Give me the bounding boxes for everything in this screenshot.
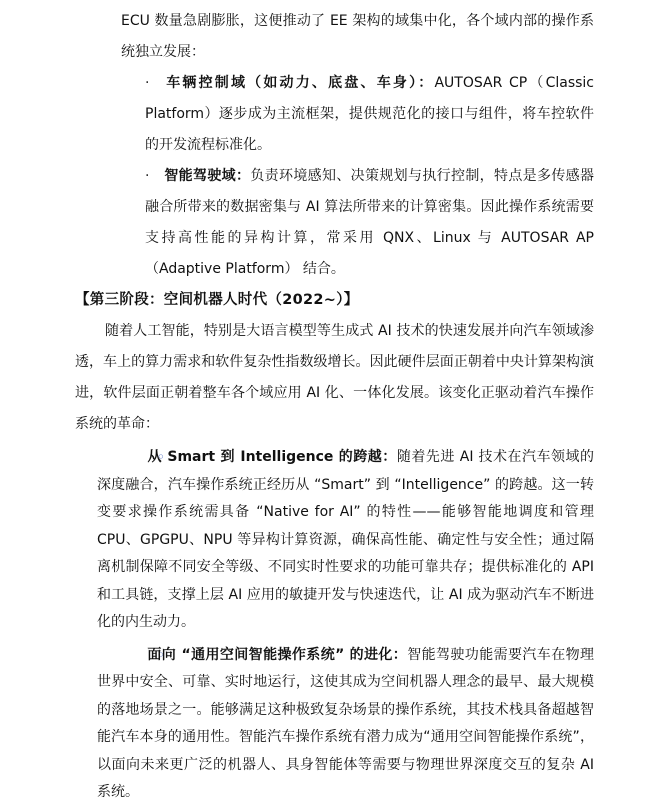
list-item-label: 智能驾驶域： (164, 168, 250, 184)
bullet-dot-icon: · (145, 161, 164, 192)
paragraph-body: 随着人工智能，特别是大语言模型等生成式 AI 技术的快速发展并向汽车领域渗透，车… (75, 316, 594, 440)
list-item-intelligent-driving-domain: ·智能驾驶域：负责环境感知、决策规划与执行控制，特点是多传感器融合所带来的数据密… (145, 161, 594, 285)
list-item-text: 随着先进 AI 技术在汽车领域的深度融合，汽车操作系统正经历从 “Smart” … (97, 449, 594, 630)
list-item-vehicle-control-domain: ·车辆控制域（如动力、底盘、车身）：AUTOSAR CP（Classic Pla… (145, 68, 594, 161)
list-item-universal-spatial-os: ◦面向 “通用空间智能操作系统” 的进化：智能驾驶功能需要汽车在物理世界中安全、… (97, 642, 594, 799)
list-item-label: 面向 “通用空间智能操作系统” 的进化： (147, 647, 407, 663)
list-item-smart-to-intelligence: ◦从 Smart 到 Intelligence 的跨越：随着先进 AI 技术在汽… (97, 444, 594, 637)
section-heading: 【第三阶段：空间机器人时代（2022~）】 (75, 285, 594, 316)
document-page: ECU 数量急剧膨胀，这便推动了 EE 架构的域集中化，各个域内部的操作系统独立… (0, 0, 668, 799)
bullet-circle-icon: ◦ (127, 642, 147, 670)
list-item-text: 负责环境感知、决策规划与执行控制，特点是多传感器融合所带来的数据密集与 AI 算… (145, 168, 594, 277)
list-item-text: 智能驾驶功能需要汽车在物理世界中安全、可靠、实时地运行，这使其成为空间机器人理念… (97, 647, 594, 799)
bullet-dot-icon: · (145, 68, 164, 99)
bullet-circle-icon: ◦ (127, 444, 147, 472)
list-item-label: 车辆控制域（如动力、底盘、车身）： (164, 75, 434, 91)
paragraph-intro: ECU 数量急剧膨胀，这便推动了 EE 架构的域集中化，各个域内部的操作系统独立… (121, 6, 594, 68)
list-item-label: 从 Smart 到 Intelligence 的跨越： (147, 449, 397, 465)
